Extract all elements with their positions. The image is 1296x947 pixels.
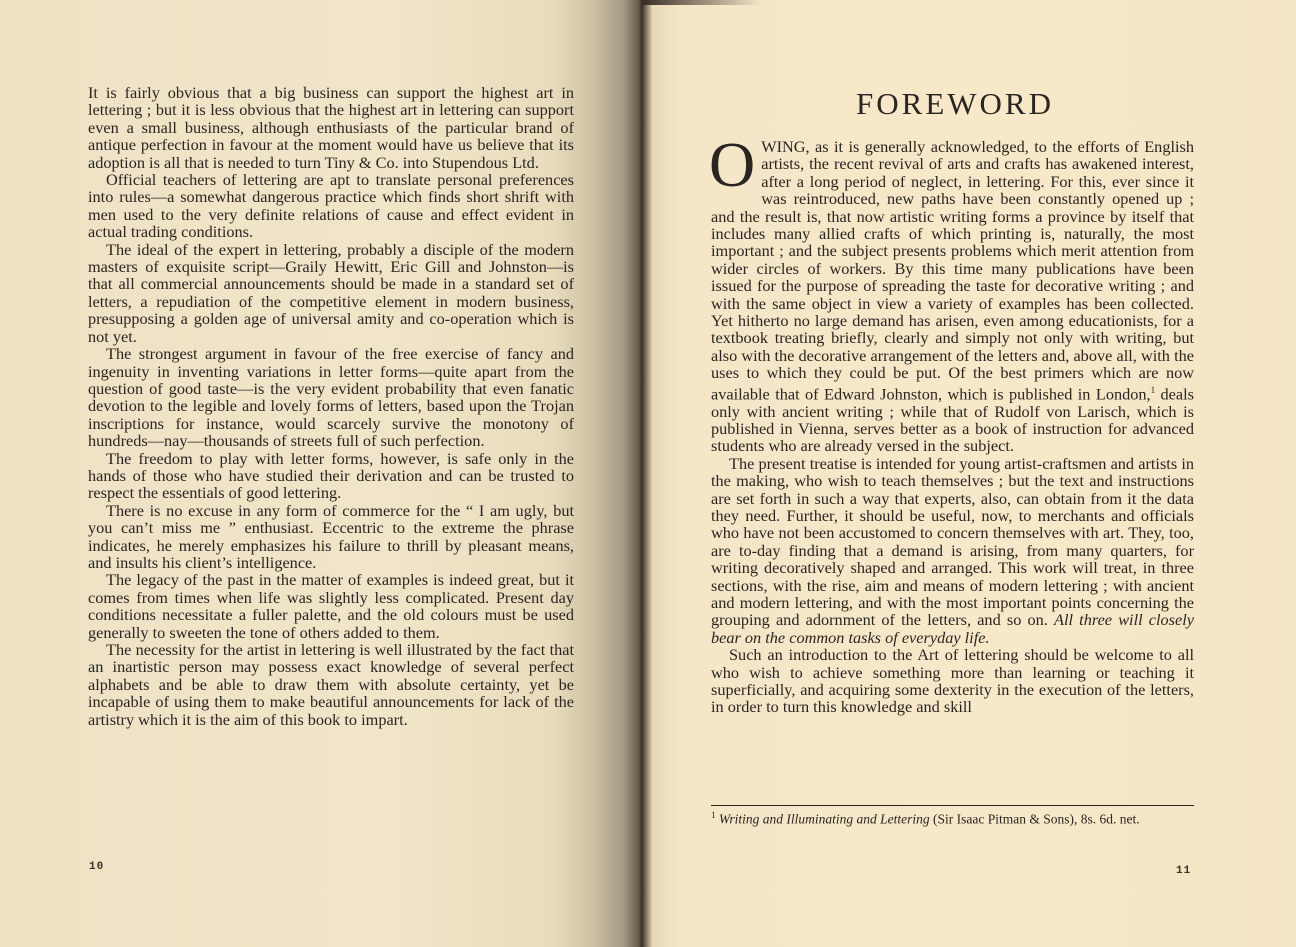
footnote-divider bbox=[711, 805, 1194, 806]
paragraph: Official teachers of lettering are apt t… bbox=[88, 171, 574, 241]
paragraph: The ideal of the expert in lettering, pr… bbox=[88, 241, 574, 345]
paragraph: The legacy of the past in the matter of … bbox=[88, 571, 574, 641]
paragraph-opening: OWING, as it is generally acknowledged, … bbox=[711, 138, 1194, 455]
paragraph: The strongest argument in favour of the … bbox=[88, 345, 574, 449]
paragraph: The freedom to play with letter forms, h… bbox=[88, 450, 574, 502]
drop-cap: O bbox=[709, 140, 755, 192]
paragraph: The present treatise is intended for you… bbox=[711, 455, 1194, 646]
chapter-title: FOREWORD bbox=[700, 86, 1210, 122]
page-top-edge-shadow bbox=[642, 0, 762, 5]
footnote: 1 Writing and Illuminating and Lettering… bbox=[711, 808, 1194, 827]
left-page-body: It is fairly obvious that a big business… bbox=[88, 84, 574, 728]
paragraph: There is no excuse in any form of commer… bbox=[88, 502, 574, 572]
footnote-marker: 1 bbox=[711, 810, 716, 820]
paragraph: The necessity for the artist in letterin… bbox=[88, 641, 574, 728]
footnote-text: (Sir Isaac Pitman & Sons), 8s. 6d. net. bbox=[930, 812, 1140, 827]
page-number-right: 11 bbox=[1176, 865, 1191, 877]
page-number-left: 10 bbox=[89, 861, 104, 873]
footnote-book-title: Writing and Illuminating and Lettering bbox=[719, 812, 930, 827]
paragraph: Such an introduction to the Art of lette… bbox=[711, 646, 1194, 716]
right-page-body: OWING, as it is generally acknowledged, … bbox=[711, 138, 1194, 716]
paragraph-text: WING, as it is generally acknowledged, t… bbox=[711, 137, 1194, 403]
paragraph-text: The present treatise is intended for you… bbox=[711, 454, 1194, 630]
paragraph: It is fairly obvious that a big business… bbox=[88, 84, 574, 171]
